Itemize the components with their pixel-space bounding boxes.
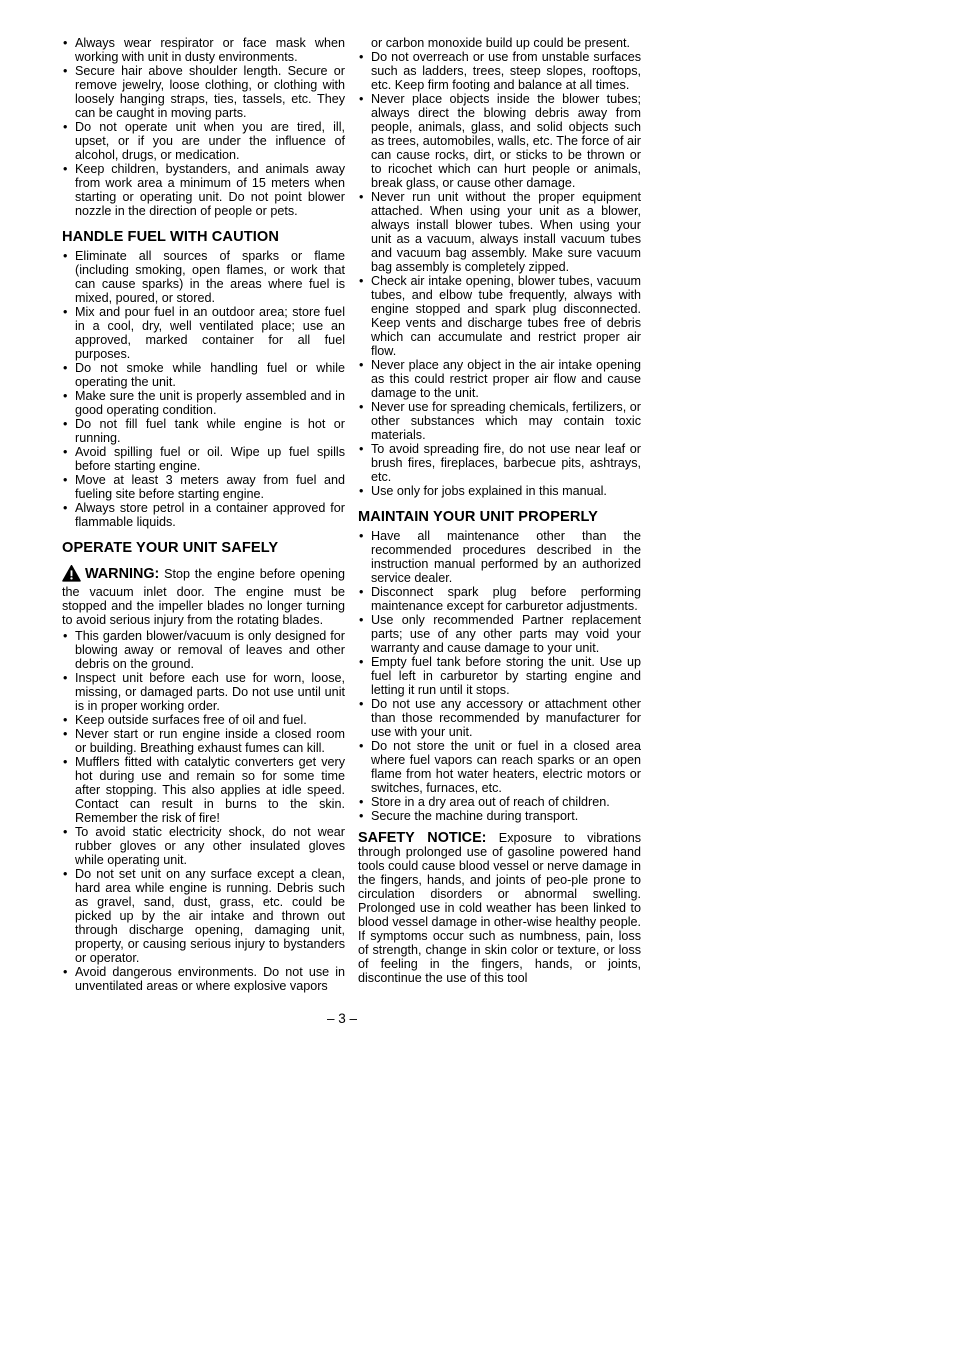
bullet-item: This garden blower/vacuum is only design… [62, 629, 345, 671]
bullet-item: Do not use any accessory or attachment o… [358, 697, 641, 739]
bullet-item: Do not store the unit or fuel in a close… [358, 739, 641, 795]
bullet-item: Avoid dangerous environments. Do not use… [62, 965, 345, 993]
bullet-item: Secure the machine during transport. [358, 809, 641, 823]
bullet-item: Keep outside surfaces free of oil and fu… [62, 713, 345, 727]
warning-paragraph: WARNING: Stop the engine before opening … [62, 565, 345, 627]
maintain-bullet-list: Have all maintenance other than the reco… [358, 529, 641, 823]
intro-bullet-list: Always wear respirator or face mask when… [62, 36, 345, 218]
bullet-item: Never use for spreading chemicals, ferti… [358, 400, 641, 442]
bullet-item: Mix and pour fuel in an outdoor area; st… [62, 305, 345, 361]
heading-operate-safely: OPERATE YOUR UNIT SAFELY [62, 539, 345, 557]
manual-page: Always wear respirator or face mask when… [0, 0, 954, 1348]
bullet-item: Make sure the unit is properly assembled… [62, 389, 345, 417]
bullet-item: Inspect unit before each use for worn, l… [62, 671, 345, 713]
bullet-item: Avoid spilling fuel or oil. Wipe up fuel… [62, 445, 345, 473]
bullet-item: Have all maintenance other than the reco… [358, 529, 641, 585]
continuation-text: or carbon monoxide build up could be pre… [358, 36, 641, 50]
bullet-item: To avoid spreading fire, do not use near… [358, 442, 641, 484]
bullet-item: Use only for jobs explained in this manu… [358, 484, 641, 498]
operate-bullet-list-right: Do not overreach or use from unstable su… [358, 50, 641, 498]
bullet-item: Do not operate unit when you are tired, … [62, 120, 345, 162]
page-content: Always wear respirator or face mask when… [62, 36, 642, 993]
right-column: or carbon monoxide build up could be pre… [358, 36, 641, 993]
warning-triangle-icon [62, 565, 81, 585]
bullet-item: Empty fuel tank before storing the unit.… [358, 655, 641, 697]
bullet-item: Always store petrol in a container appro… [62, 501, 345, 529]
bullet-item: Eliminate all sources of sparks or flame… [62, 249, 345, 305]
bullet-item: Never place any object in the air intake… [358, 358, 641, 400]
bullet-item: Do not set unit on any surface except a … [62, 867, 345, 965]
operate-bullet-list-left: This garden blower/vacuum is only design… [62, 629, 345, 993]
bullet-item: Never run unit without the proper equipm… [358, 190, 641, 274]
bullet-item: Do not smoke while handling fuel or whil… [62, 361, 345, 389]
bullet-item: Use only recommended Partner replacement… [358, 613, 641, 655]
bullet-item: Check air intake opening, blower tubes, … [358, 274, 641, 358]
bullet-item: Disconnect spark plug before performing … [358, 585, 641, 613]
page-number: – 3 – [62, 1012, 622, 1026]
bullet-item: Move at least 3 meters away from fuel an… [62, 473, 345, 501]
heading-handle-fuel: HANDLE FUEL WITH CAUTION [62, 228, 345, 246]
fuel-bullet-list: Eliminate all sources of sparks or flame… [62, 249, 345, 529]
bullet-item: Always wear respirator or face mask when… [62, 36, 345, 64]
bullet-item: Mufflers fitted with catalytic converter… [62, 755, 345, 825]
bullet-item: Do not overreach or use from unstable su… [358, 50, 641, 92]
safety-notice-paragraph: SAFETY NOTICE: Exposure to vibrations th… [358, 831, 641, 985]
bullet-item: Do not fill fuel tank while engine is ho… [62, 417, 345, 445]
bullet-item: To avoid static electricity shock, do no… [62, 825, 345, 867]
bullet-item: Never place objects inside the blower tu… [358, 92, 641, 190]
left-column: Always wear respirator or face mask when… [62, 36, 345, 993]
warning-label: WARNING: [85, 566, 159, 582]
safety-notice-label: SAFETY NOTICE: [358, 830, 486, 846]
bullet-item: Never start or run engine inside a close… [62, 727, 345, 755]
heading-maintain-unit: MAINTAIN YOUR UNIT PROPERLY [358, 508, 641, 526]
bullet-item: Keep children, bystanders, and animals a… [62, 162, 345, 218]
bullet-item: Secure hair above shoulder length. Secur… [62, 64, 345, 120]
safety-notice-text: Exposure to vibrations through prolonged… [358, 831, 641, 985]
bullet-item: Store in a dry area out of reach of chil… [358, 795, 641, 809]
